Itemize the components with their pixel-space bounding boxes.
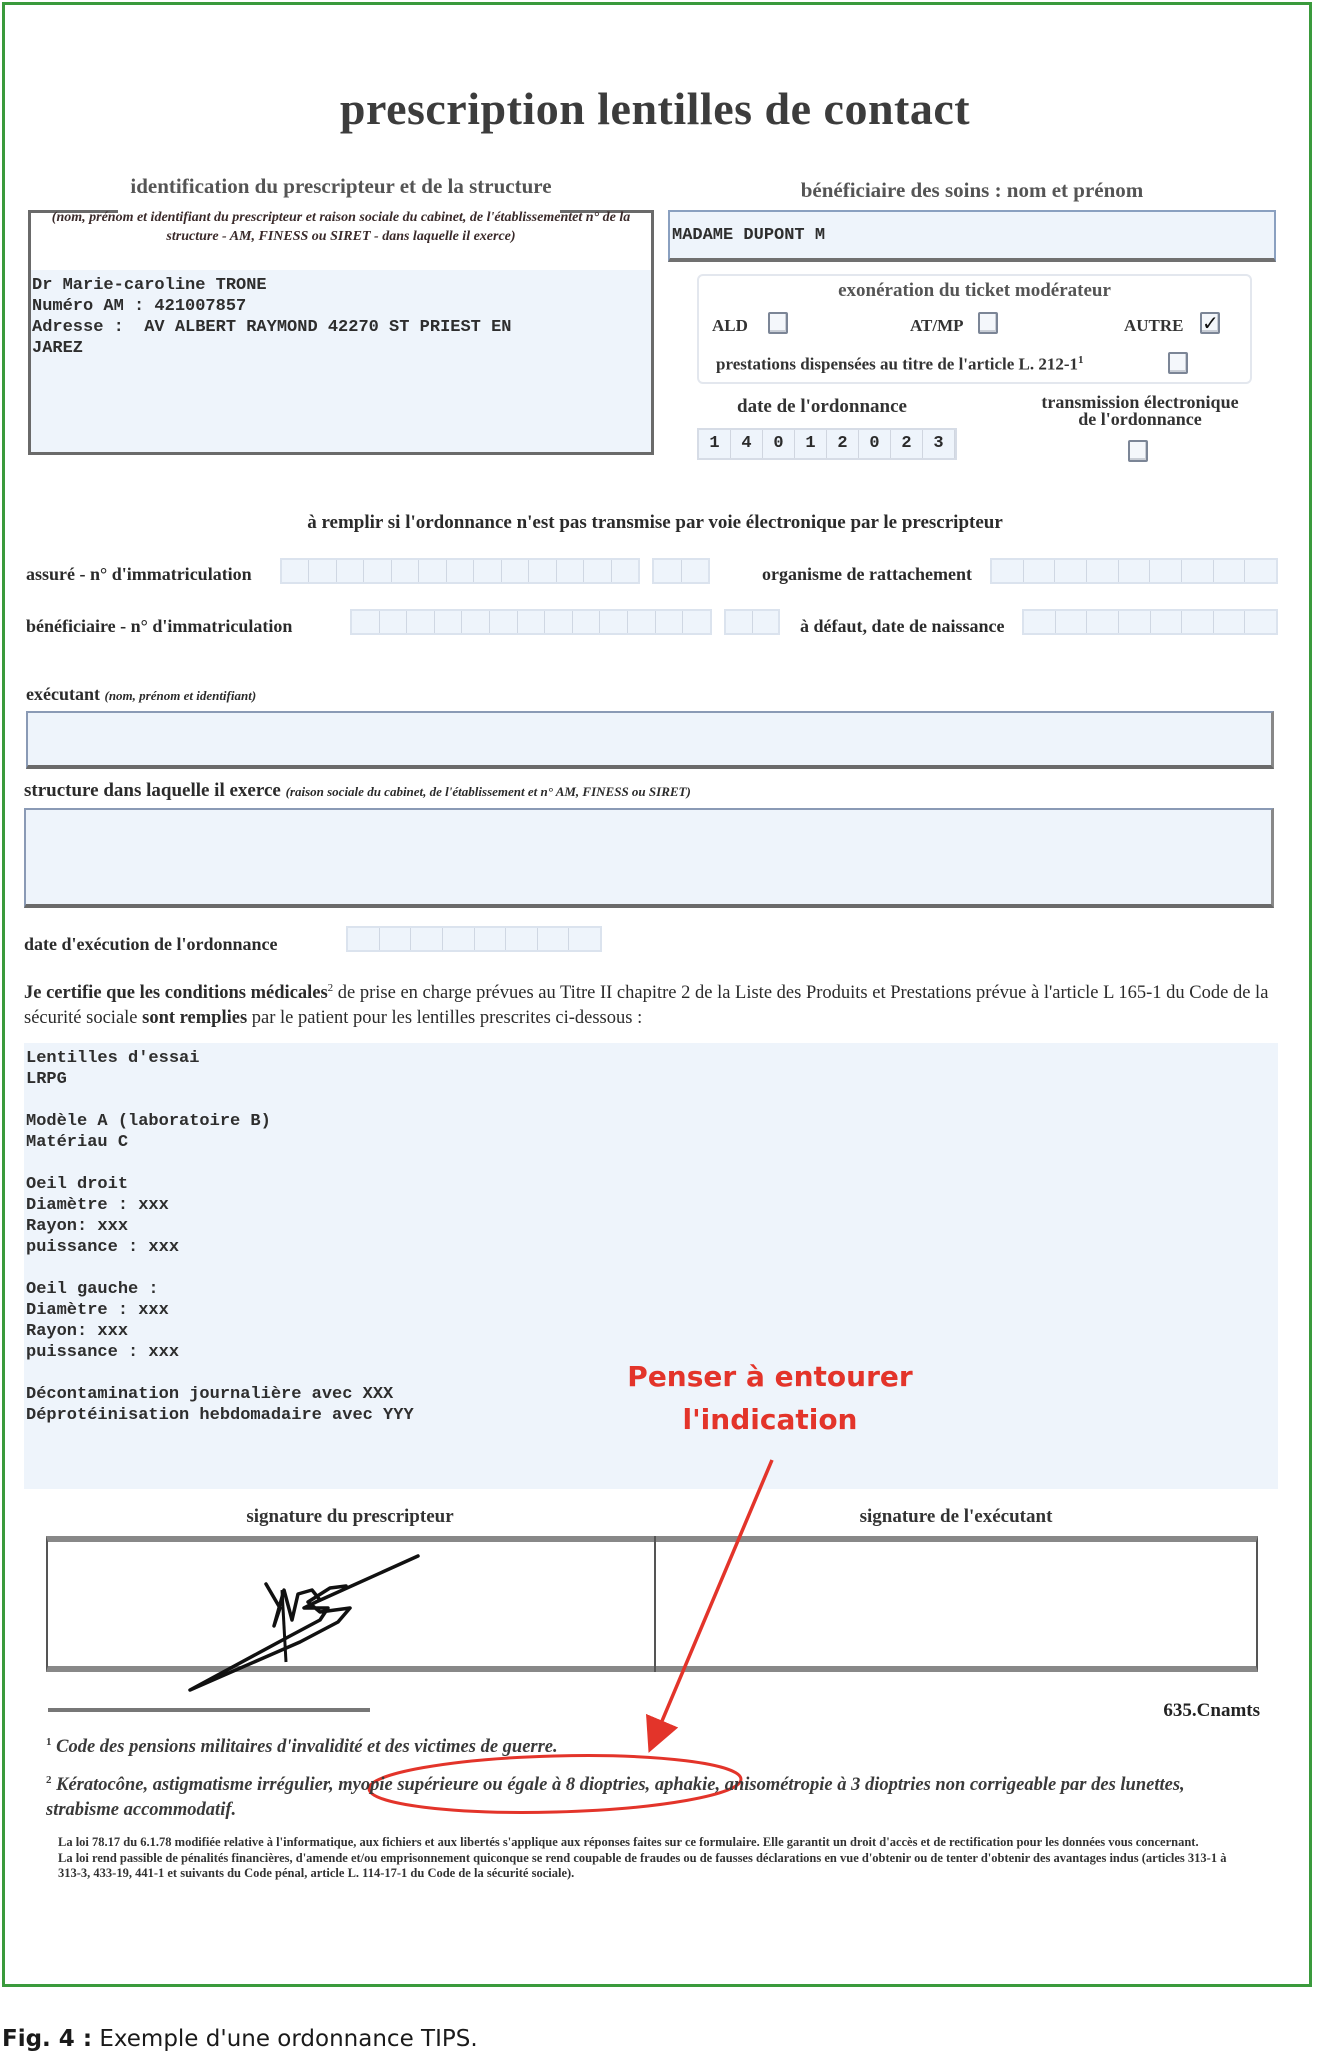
prescription-text: Lentilles d'essai LRPG Modèle A (laborat… [26, 1048, 414, 1426]
footnote-1: 1 Code des pensions militaires d'invalid… [46, 1730, 1276, 1760]
footnote-2: 2 Kératocône, astigmatisme irrégulier, m… [46, 1768, 1246, 1823]
executant-label: exécutant (nom, prénom et identifiant) [26, 684, 256, 705]
date-digit: 3 [923, 430, 955, 458]
legal-notice: La loi 78.17 du 6.1.78 modifiée relative… [58, 1835, 1238, 1882]
date-ordonnance-label: date de l'ordonnance [697, 396, 947, 418]
certification-text: Je certifie que les conditions médicales… [24, 976, 1286, 1031]
atmp-checkbox[interactable] [978, 312, 998, 334]
executant-signature-field[interactable] [658, 1540, 1256, 1668]
atmp-label: AT/MP [910, 316, 964, 336]
footnote-divider [48, 1708, 370, 1712]
article-checkbox[interactable] [1168, 352, 1188, 374]
date-execution-label: date d'exécution de l'ordonnance [24, 934, 278, 955]
beneficiaire-key-field[interactable] [724, 609, 780, 635]
form-code: 635.Cnamts [1100, 1700, 1260, 1722]
prescriber-heading: identification du prescripteur et de la … [28, 174, 654, 199]
date-execution-field[interactable] [346, 926, 602, 952]
ald-label: ALD [712, 316, 748, 336]
autre-label: AUTRE [1124, 316, 1184, 336]
organisme-label: organisme de rattachement [762, 564, 972, 585]
date-digit: 0 [763, 430, 795, 458]
date-digit: 1 [795, 430, 827, 458]
checkmark-icon: ✓ [1202, 311, 1219, 335]
signature-divider [654, 1536, 656, 1672]
beneficiary-value: MADAME DUPONT M [672, 226, 825, 245]
structure-field[interactable] [24, 808, 1274, 908]
beneficiaire-number-field[interactable] [350, 609, 712, 635]
executant-field[interactable] [26, 711, 1274, 769]
annotation-text: Penser à entourerl'indication [600, 1355, 940, 1441]
beneficiary-heading: bénéficiaire des soins : nom et prénom [668, 178, 1276, 203]
circled-indication: myopie supérieure ou égale à 8 dioptries… [338, 1775, 650, 1795]
assure-key-field[interactable] [652, 558, 710, 584]
ald-checkbox[interactable] [768, 312, 788, 334]
assure-label: assuré - n° d'immatriculation [26, 564, 252, 585]
naissance-field[interactable] [1022, 609, 1278, 635]
structure-label: structure dans laquelle il exerce (raiso… [24, 780, 691, 802]
handwritten-signature-icon [170, 1550, 430, 1700]
date-digit: 1 [699, 430, 731, 458]
date-digit: 2 [891, 430, 923, 458]
autre-checkbox[interactable]: ✓ [1200, 312, 1220, 334]
prescriber-note: (nom, prénom et identifiant du prescript… [30, 208, 652, 246]
organisme-field[interactable] [990, 558, 1278, 584]
prescriber-value: Dr Marie-caroline TRONE Numéro AM : 4210… [32, 275, 642, 359]
date-digit: 4 [731, 430, 763, 458]
prescriber-signature-label: signature du prescripteur [46, 1506, 654, 1528]
date-digit: 0 [859, 430, 891, 458]
manual-section-heading: à remplir si l'ordonnance n'est pas tran… [0, 512, 1310, 534]
naissance-label: à défaut, date de naissance [800, 616, 1005, 637]
date-digit: 2 [827, 430, 859, 458]
transmission-label: transmission électroniquede l'ordonnance [1010, 394, 1270, 428]
transmission-checkbox[interactable] [1128, 440, 1148, 462]
figure-caption: Fig. 4 : Exemple d'une ordonnance TIPS. [2, 2026, 478, 2052]
article-label: prestations dispensées au titre de l'art… [716, 354, 1084, 375]
exoneration-heading: exonération du ticket modérateur [697, 280, 1252, 302]
date-ordonnance-field[interactable]: 14012023 [697, 428, 957, 460]
form-title: prescription lentilles de contact [0, 82, 1310, 135]
assure-number-field[interactable] [280, 558, 640, 584]
beneficiaire-number-label: bénéficiaire - n° d'immatriculation [26, 616, 292, 637]
executant-signature-label: signature de l'exécutant [656, 1506, 1256, 1528]
